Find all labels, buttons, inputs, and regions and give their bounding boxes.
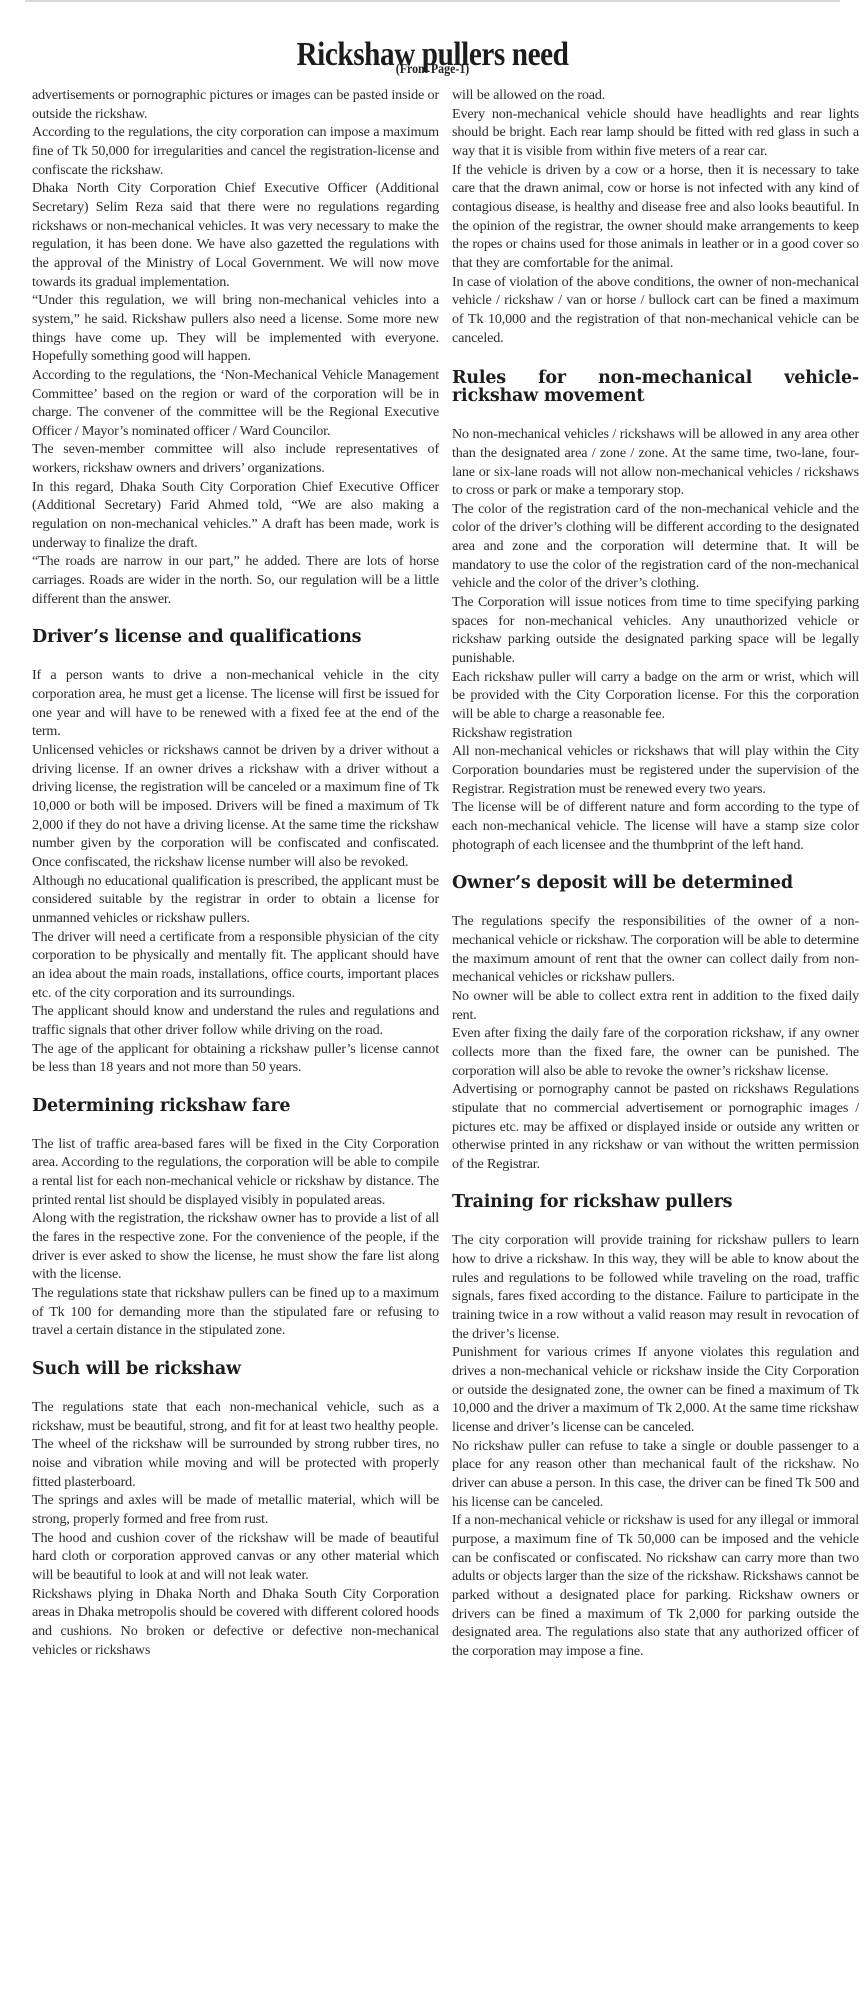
paragraph: Along with the registration, the ricksha… <box>32 1209 439 1284</box>
paragraph: “The roads are narrow in our part,” he a… <box>32 552 439 608</box>
paragraph: will be allowed on the road. <box>452 86 859 105</box>
paragraph: No rickshaw puller can refuse to take a … <box>452 1437 859 1512</box>
paragraph: The hood and cushion cover of the ricksh… <box>32 1529 439 1585</box>
paragraph: According to the regulations, the city c… <box>32 123 439 179</box>
paragraph: The age of the applicant for obtaining a… <box>32 1040 439 1077</box>
paragraph: No owner will be able to collect extra r… <box>452 987 859 1024</box>
section-heading-rickshaw-fare: Determining rickshaw fare <box>32 1097 439 1115</box>
section-heading-movement-rules: Rules for non-mechanical vehicle-ricksha… <box>452 369 859 405</box>
paragraph: No non-mechanical vehicles / rickshaws w… <box>452 425 859 500</box>
section-heading-training: Training for rickshaw pullers <box>452 1193 859 1211</box>
paragraph: Even after fixing the daily fare of the … <box>452 1024 859 1080</box>
paragraph: The regulations state that each non-mech… <box>32 1398 439 1435</box>
section-heading-owners-deposit: Owner’s deposit will be determined <box>452 874 859 892</box>
paragraph: The Corporation will issue notices from … <box>452 593 859 668</box>
paragraph: Rickshaws plying in Dhaka North and Dhak… <box>32 1585 439 1660</box>
paragraph: “Under this regulation, we will bring no… <box>32 291 439 366</box>
section-heading-such-will-be-rickshaw: Such will be rickshaw <box>32 1360 439 1378</box>
paragraph: The driver will need a certificate from … <box>32 928 439 1003</box>
right-column: will be allowed on the road. Every non-m… <box>452 86 859 1661</box>
paragraph: Punishment for various crimes If anyone … <box>452 1343 859 1436</box>
paragraph: The license will be of different nature … <box>452 798 859 854</box>
paragraph: The applicant should know and understand… <box>32 1002 439 1039</box>
paragraph: The color of the registration card of th… <box>452 500 859 593</box>
left-column: advertisements or pornographic pictures … <box>32 86 439 1659</box>
paragraph: Although no educational qualification is… <box>32 872 439 928</box>
subheading-rickshaw-registration: Rickshaw registration <box>452 724 859 743</box>
paragraph: According to the regulations, the ‘Non-M… <box>32 366 439 441</box>
paragraph: The springs and axles will be made of me… <box>32 1491 439 1528</box>
paragraph: If a non-mechanical vehicle or rickshaw … <box>452 1511 859 1660</box>
paragraph: All non-mechanical vehicles or rickshaws… <box>452 742 859 798</box>
paragraph: The wheel of the rickshaw will be surrou… <box>32 1435 439 1491</box>
top-divider <box>25 0 840 2</box>
paragraph: The list of traffic area-based fares wil… <box>32 1135 439 1210</box>
paragraph: In this regard, Dhaka South City Corpora… <box>32 478 439 553</box>
paragraph: Advertising or pornography cannot be pas… <box>452 1080 859 1173</box>
paragraph: The regulations state that rickshaw pull… <box>32 1284 439 1340</box>
paragraph: Dhaka North City Corporation Chief Execu… <box>32 179 439 291</box>
paragraph: The regulations specify the responsibili… <box>452 912 859 987</box>
paragraph: The city corporation will provide traini… <box>452 1231 859 1343</box>
paragraph: Every non-mechanical vehicle should have… <box>452 105 859 161</box>
paragraph: In case of violation of the above condit… <box>452 273 859 348</box>
section-heading-drivers-license: Driver’s license and qualifications <box>32 628 439 646</box>
continuation-kicker: (From Page-1) <box>65 61 800 79</box>
paragraph: If the vehicle is driven by a cow or a h… <box>452 161 859 273</box>
paragraph: Unlicensed vehicles or rickshaws cannot … <box>32 741 439 872</box>
paragraph: advertisements or pornographic pictures … <box>32 86 439 123</box>
paragraph: If a person wants to drive a non-mechani… <box>32 666 439 741</box>
paragraph: Each rickshaw puller will carry a badge … <box>452 668 859 724</box>
paragraph: The seven-member committee will also inc… <box>32 440 439 477</box>
